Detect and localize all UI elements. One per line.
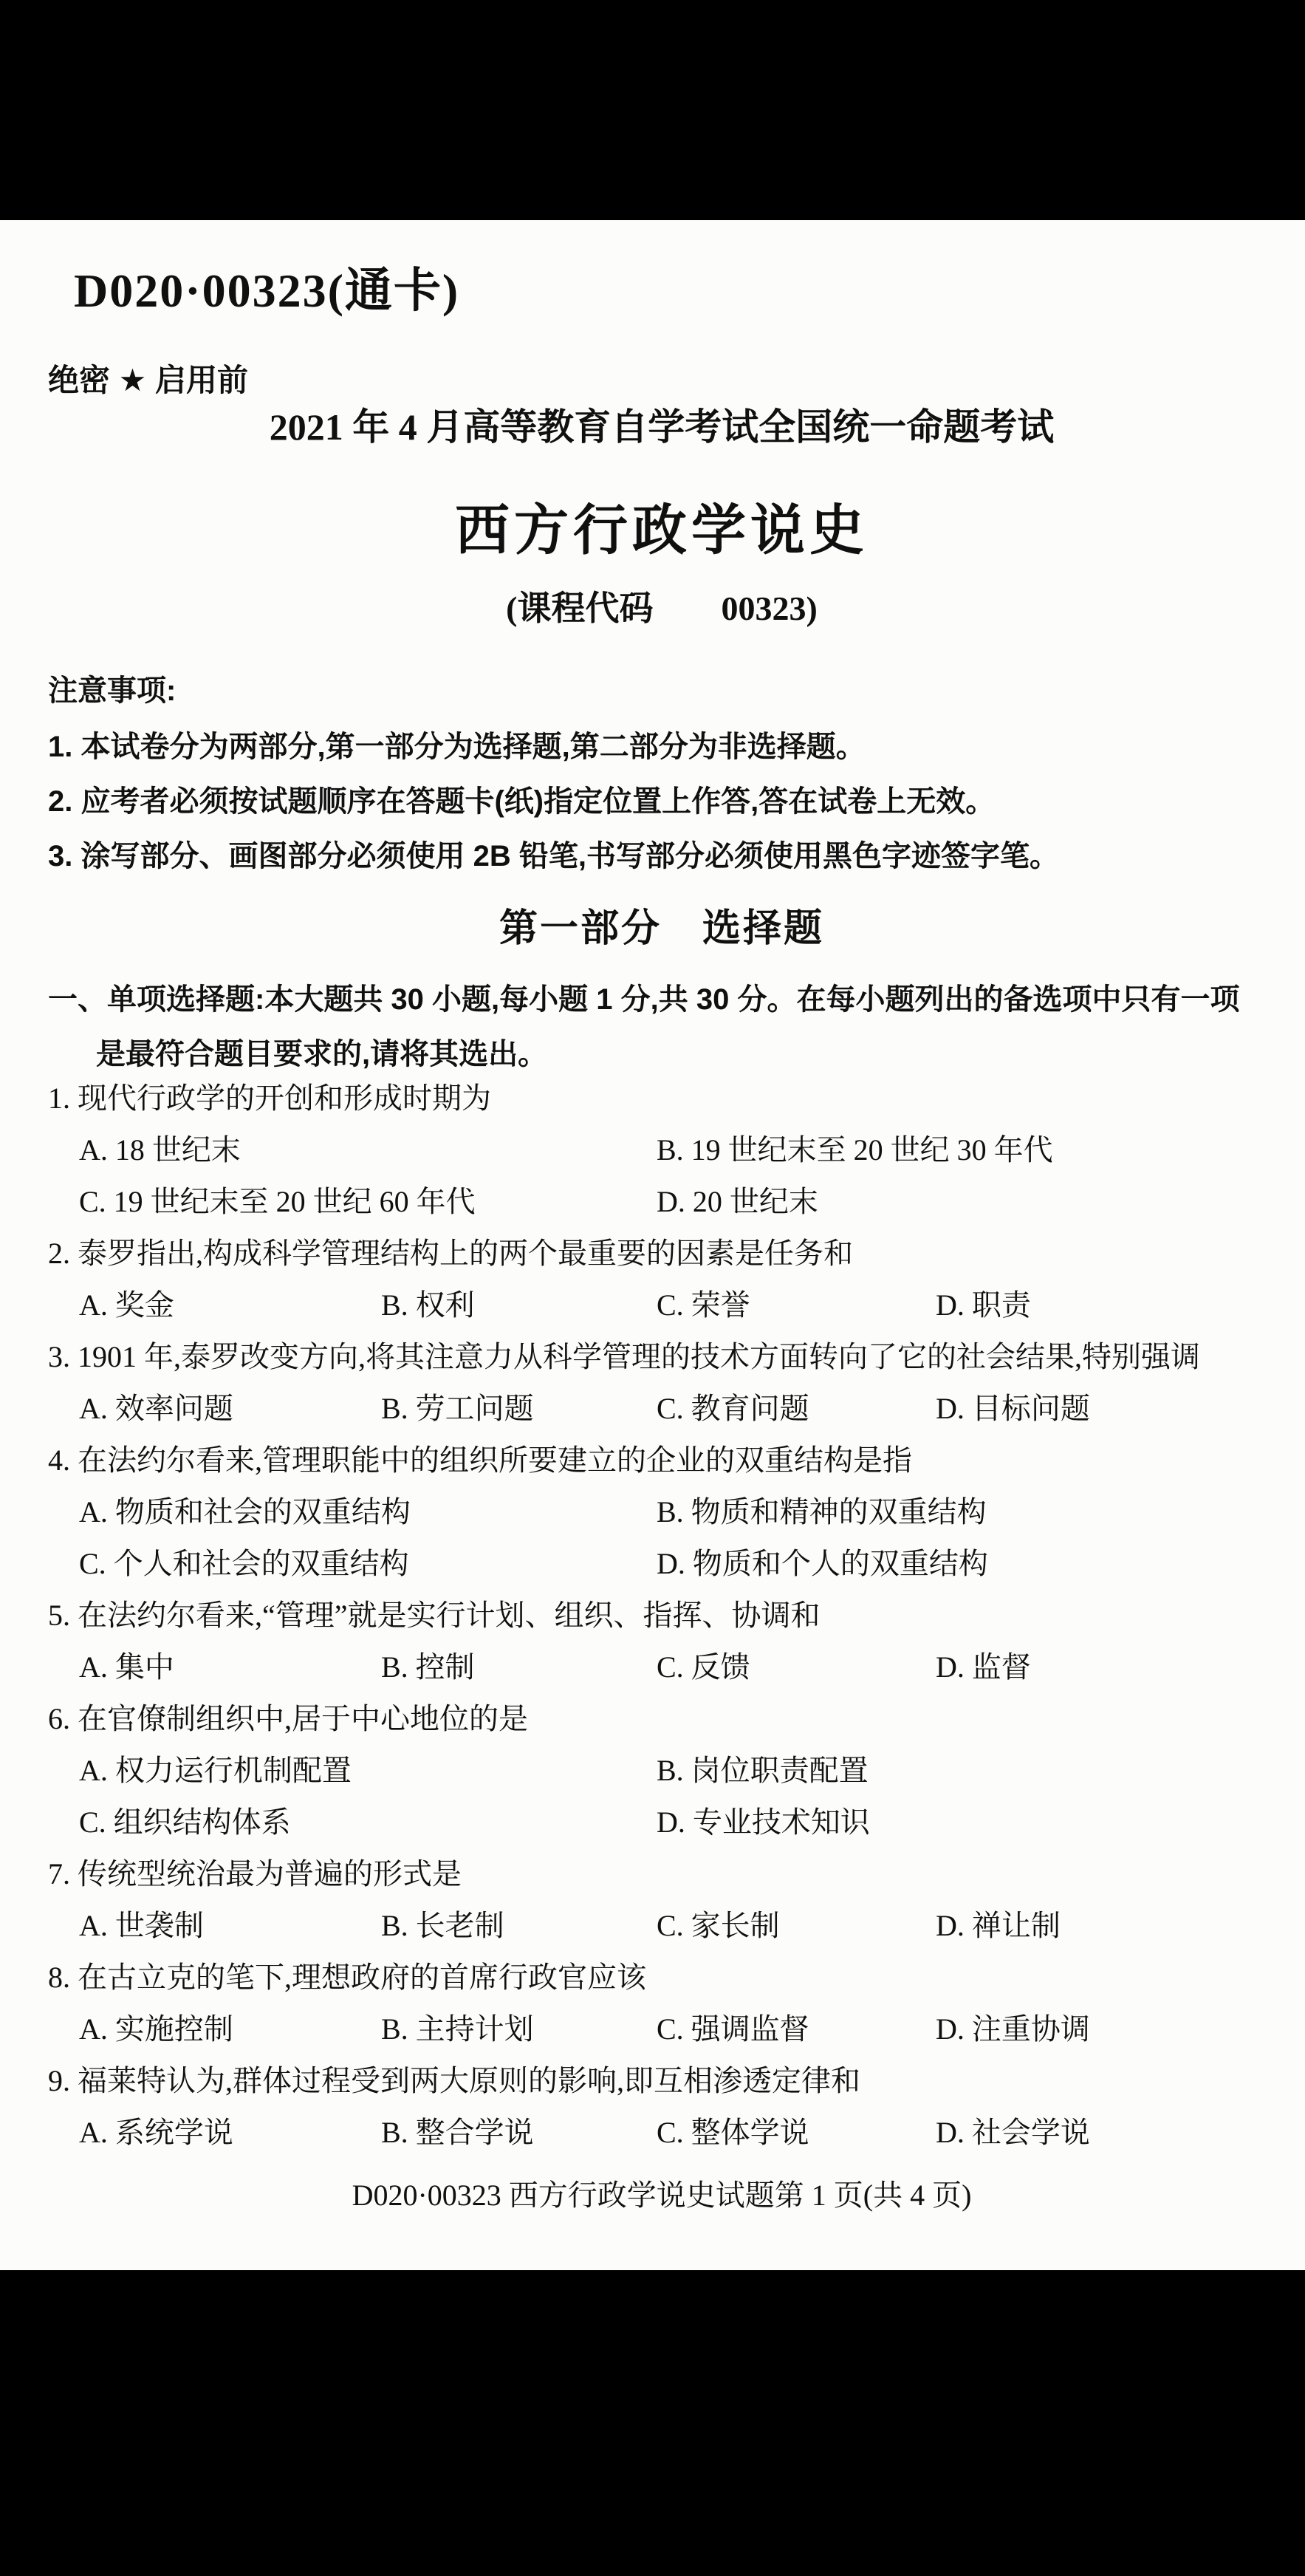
question-option: D. 目标问题	[936, 1383, 1090, 1435]
question-option: B. 整合学说	[381, 2107, 534, 2159]
question-option: D. 职责	[936, 1280, 1031, 1331]
option-row: A. 权力运行机制配置B. 岗位职责配置	[48, 1745, 1275, 1797]
question-option: A. 效率问题	[79, 1383, 233, 1435]
question-stem: 4. 在法约尔看来,管理职能中的组织所要建立的企业的双重结构是指	[48, 1435, 1275, 1486]
option-row: C. 个人和社会的双重结构D. 物质和个人的双重结构	[48, 1538, 1275, 1590]
question-option: B. 岗位职责配置	[657, 1745, 869, 1797]
option-row: C. 19 世纪末至 20 世纪 60 年代D. 20 世纪末	[48, 1176, 1275, 1228]
question-option: B. 长老制	[381, 1900, 504, 1952]
question-option: B. 控制	[381, 1641, 475, 1693]
question-option: C. 19 世纪末至 20 世纪 60 年代	[79, 1176, 476, 1228]
subject-title: 西方行政学说史	[48, 499, 1275, 563]
question-option: C. 强调监督	[657, 2003, 809, 2055]
question-option: C. 教育问题	[657, 1383, 809, 1435]
question-option: D. 监督	[936, 1641, 1031, 1693]
question-option: B. 19 世纪末至 20 世纪 30 年代	[657, 1124, 1053, 1176]
option-row: A. 物质和社会的双重结构B. 物质和精神的双重结构	[48, 1486, 1275, 1538]
part-one-heading: 第一部分 选择题	[48, 907, 1275, 952]
scan-top-margin	[0, 0, 1305, 220]
question-option: A. 世袭制	[79, 1900, 204, 1952]
question-option: C. 组织结构体系	[79, 1797, 291, 1848]
question-option: D. 20 世纪末	[657, 1176, 818, 1228]
option-row: A. 系统学说B. 整合学说C. 整体学说D. 社会学说	[48, 2107, 1275, 2159]
question-option: B. 物质和精神的双重结构	[657, 1486, 987, 1538]
page-content: D020·00323(通卡) 绝密 ★ 启用前 2021 年 4 月高等教育自学…	[0, 220, 1305, 2218]
section-intro-line2: 是最符合题目要求的,请将其选出。	[48, 1036, 1275, 1073]
question-option: B. 劳工问题	[381, 1383, 534, 1435]
question-stem: 9. 福莱特认为,群体过程受到两大原则的影响,即互相渗透定律和	[48, 2055, 1275, 2107]
question-option: A. 18 世纪末	[79, 1124, 241, 1176]
exam-session-title: 2021 年 4 月高等教育自学考试全国统一命题考试	[48, 406, 1275, 448]
question-option: A. 奖金	[79, 1280, 174, 1331]
question-stem: 8. 在古立克的笔下,理想政府的首席行政官应该	[48, 1952, 1275, 2003]
question-option: A. 实施控制	[79, 2003, 233, 2055]
question-option: C. 反馈	[657, 1641, 750, 1693]
question-option: C. 家长制	[657, 1900, 780, 1952]
option-row: A. 效率问题B. 劳工问题C. 教育问题D. 目标问题	[48, 1383, 1275, 1435]
question-stem: 3. 1901 年,泰罗改变方向,将其注意力从科学管理的技术方面转向了它的社会结…	[48, 1331, 1275, 1383]
question-stem: 5. 在法约尔看来,“管理”就是实行计划、组织、指挥、协调和	[48, 1590, 1275, 1641]
option-row: A. 世袭制B. 长老制C. 家长制D. 禅让制	[48, 1900, 1275, 1952]
notice-item: 3. 涂写部分、画图部分必须使用 2B 铅笔,书写部分必须使用黑色字迹签字笔。	[48, 838, 1275, 875]
exam-paper-sheet: D020·00323(通卡) 绝密 ★ 启用前 2021 年 4 月高等教育自学…	[0, 220, 1305, 2270]
question-option: D. 注重协调	[936, 2003, 1090, 2055]
question-option: D. 社会学说	[936, 2107, 1090, 2159]
option-row: A. 实施控制B. 主持计划C. 强调监督D. 注重协调	[48, 2003, 1275, 2055]
question-option: B. 主持计划	[381, 2003, 534, 2055]
question-option: C. 整体学说	[657, 2107, 809, 2159]
question-option: C. 荣誉	[657, 1280, 750, 1331]
notice-item: 1. 本试卷分为两部分,第一部分为选择题,第二部分为非选择题。	[48, 728, 1275, 765]
question-option: A. 系统学说	[79, 2107, 233, 2159]
question-option: D. 专业技术知识	[657, 1797, 870, 1848]
option-row: A. 集中B. 控制C. 反馈D. 监督	[48, 1641, 1275, 1693]
question-stem: 7. 传统型统治最为普遍的形式是	[48, 1848, 1275, 1900]
question-stem: 2. 泰罗指出,构成科学管理结构上的两个最重要的因素是任务和	[48, 1228, 1275, 1280]
page-footer: D020·00323 西方行政学说史试题第 1 页(共 4 页)	[48, 2173, 1275, 2218]
notice-item: 2. 应考者必须按试题顺序在答题卡(纸)指定位置上作答,答在试卷上无效。	[48, 783, 1275, 820]
question-stem: 1. 现代行政学的开创和形成时期为	[48, 1073, 1275, 1124]
question-option: D. 物质和个人的双重结构	[657, 1538, 988, 1590]
scanned-exam-page: { "page": { "code_title": "D020·00323(通卡…	[0, 0, 1305, 2576]
question-option: A. 物质和社会的双重结构	[79, 1486, 411, 1538]
question-option: B. 权利	[381, 1280, 475, 1331]
question-option: A. 权力运行机制配置	[79, 1745, 352, 1797]
question-option: D. 禅让制	[936, 1900, 1061, 1952]
section-intro-line1: 一、单项选择题:本大题共 30 小题,每小题 1 分,共 30 分。在每小题列出…	[48, 981, 1275, 1018]
question-list: 1. 现代行政学的开创和形成时期为A. 18 世纪末B. 19 世纪末至 20 …	[48, 1073, 1275, 2159]
question-option: C. 个人和社会的双重结构	[79, 1538, 409, 1590]
option-row: A. 奖金B. 权利C. 荣誉D. 职责	[48, 1280, 1275, 1331]
option-row: C. 组织结构体系D. 专业技术知识	[48, 1797, 1275, 1848]
option-row: A. 18 世纪末B. 19 世纪末至 20 世纪 30 年代	[48, 1124, 1275, 1176]
course-code-line: (课程代码 00323)	[48, 588, 1275, 629]
question-stem: 6. 在官僚制组织中,居于中心地位的是	[48, 1693, 1275, 1745]
scan-bottom-margin	[0, 2270, 1305, 2576]
secrecy-label: 绝密 ★ 启用前	[48, 362, 1275, 399]
question-option: A. 集中	[79, 1641, 174, 1693]
notice-heading: 注意事项:	[48, 672, 1275, 709]
paper-code-title: D020·00323(通卡)	[74, 260, 1275, 322]
